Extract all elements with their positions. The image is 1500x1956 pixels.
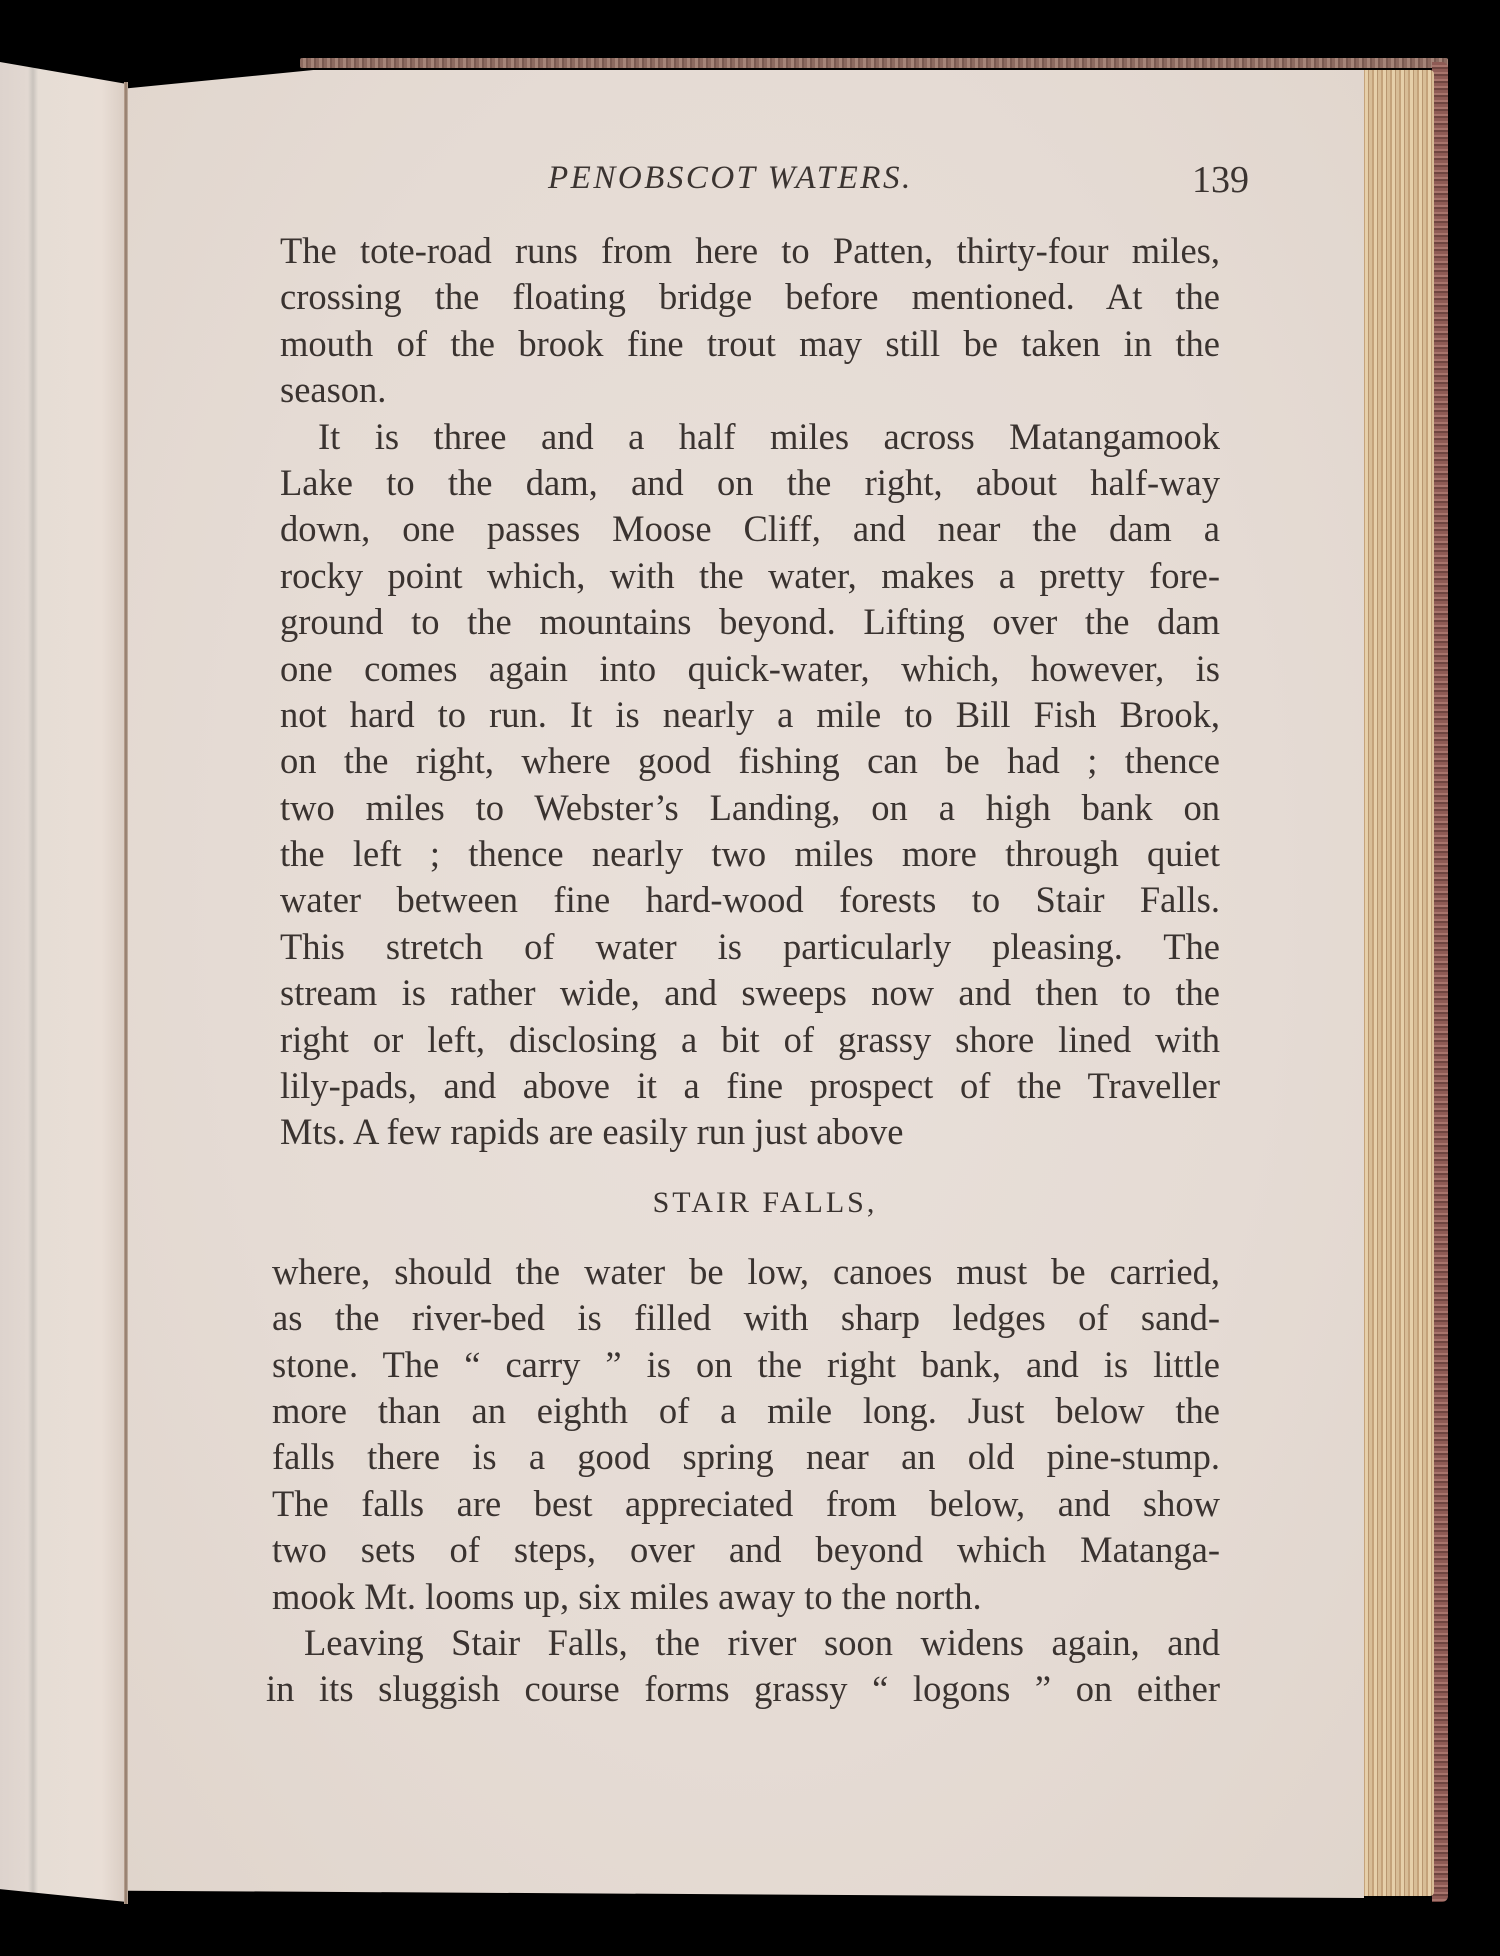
body-text: The tote-road runs from here to Patten, …	[280, 228, 1220, 1713]
text-line: This stretch of water is particularly pl…	[280, 924, 1220, 970]
left-page-edge	[0, 62, 127, 1902]
text-line: two sets of steps, over and beyond which…	[272, 1527, 1220, 1573]
text-line: ground to the mountains beyond. Lifting …	[280, 599, 1220, 645]
text-line: the left ; thence nearly two miles more …	[280, 831, 1220, 877]
paragraph-2: It is three and a half miles across Mata…	[280, 414, 1220, 1156]
book-gutter	[124, 82, 128, 1904]
text-line: It is three and a half miles across Mata…	[280, 414, 1220, 460]
paragraph-4: Leaving Stair Falls, the river soon wide…	[266, 1620, 1220, 1713]
text-line: Leaving Stair Falls, the river soon wide…	[266, 1620, 1220, 1666]
text-line: rocky point which, with the water, makes…	[280, 553, 1220, 599]
text-line: not hard to run. It is nearly a mile to …	[280, 692, 1220, 738]
page-stack-edges	[1360, 70, 1434, 1896]
text-line: lily-pads, and above it a fine prospect …	[280, 1063, 1220, 1109]
text-line: falls there is a good spring near an old…	[272, 1434, 1220, 1480]
section-heading: STAIR FALLS,	[280, 1156, 1220, 1249]
text-line: The tote-road runs from here to Patten, …	[280, 228, 1220, 274]
text-line: on the right, where good fishing can be …	[280, 738, 1220, 784]
text-line: as the river-bed is filled with sharp le…	[272, 1295, 1220, 1341]
paragraph-3: where, should the water be low, canoes m…	[272, 1249, 1220, 1620]
text-line: Lake to the dam, and on the right, about…	[280, 460, 1220, 506]
text-line: two miles to Webster’s Landing, on a hig…	[280, 785, 1220, 831]
text-line: Mts. A few rapids are easily run just ab…	[280, 1109, 1220, 1155]
text-line: mouth of the brook fine trout may still …	[280, 321, 1220, 367]
text-line: mook Mt. looms up, six miles away to the…	[272, 1574, 1220, 1620]
text-line: stone. The “ carry ” is on the right ban…	[272, 1342, 1220, 1388]
text-line: more than an eighth of a mile long. Just…	[272, 1388, 1220, 1434]
text-line: stream is rather wide, and sweeps now an…	[280, 970, 1220, 1016]
paragraph-1: The tote-road runs from here to Patten, …	[280, 228, 1220, 414]
text-line: water between fine hard-wood forests to …	[280, 877, 1220, 923]
text-line: down, one passes Moose Cliff, and near t…	[280, 506, 1220, 552]
cover-spine-edge	[1432, 62, 1448, 1902]
text-line: one comes again into quick-water, which,…	[280, 646, 1220, 692]
text-line: in its sluggish course forms grassy “ lo…	[266, 1666, 1220, 1712]
page-number: 139	[1192, 158, 1249, 202]
text-line: season.	[280, 367, 1220, 413]
running-head: PENOBSCOT WATERS.	[548, 160, 913, 197]
cover-top-edge	[300, 58, 1448, 68]
text-line: right or left, disclosing a bit of grass…	[280, 1017, 1220, 1063]
text-line: crossing the floating bridge before ment…	[280, 274, 1220, 320]
text-line: The falls are best appreciated from belo…	[272, 1481, 1220, 1527]
text-line: where, should the water be low, canoes m…	[272, 1249, 1220, 1295]
